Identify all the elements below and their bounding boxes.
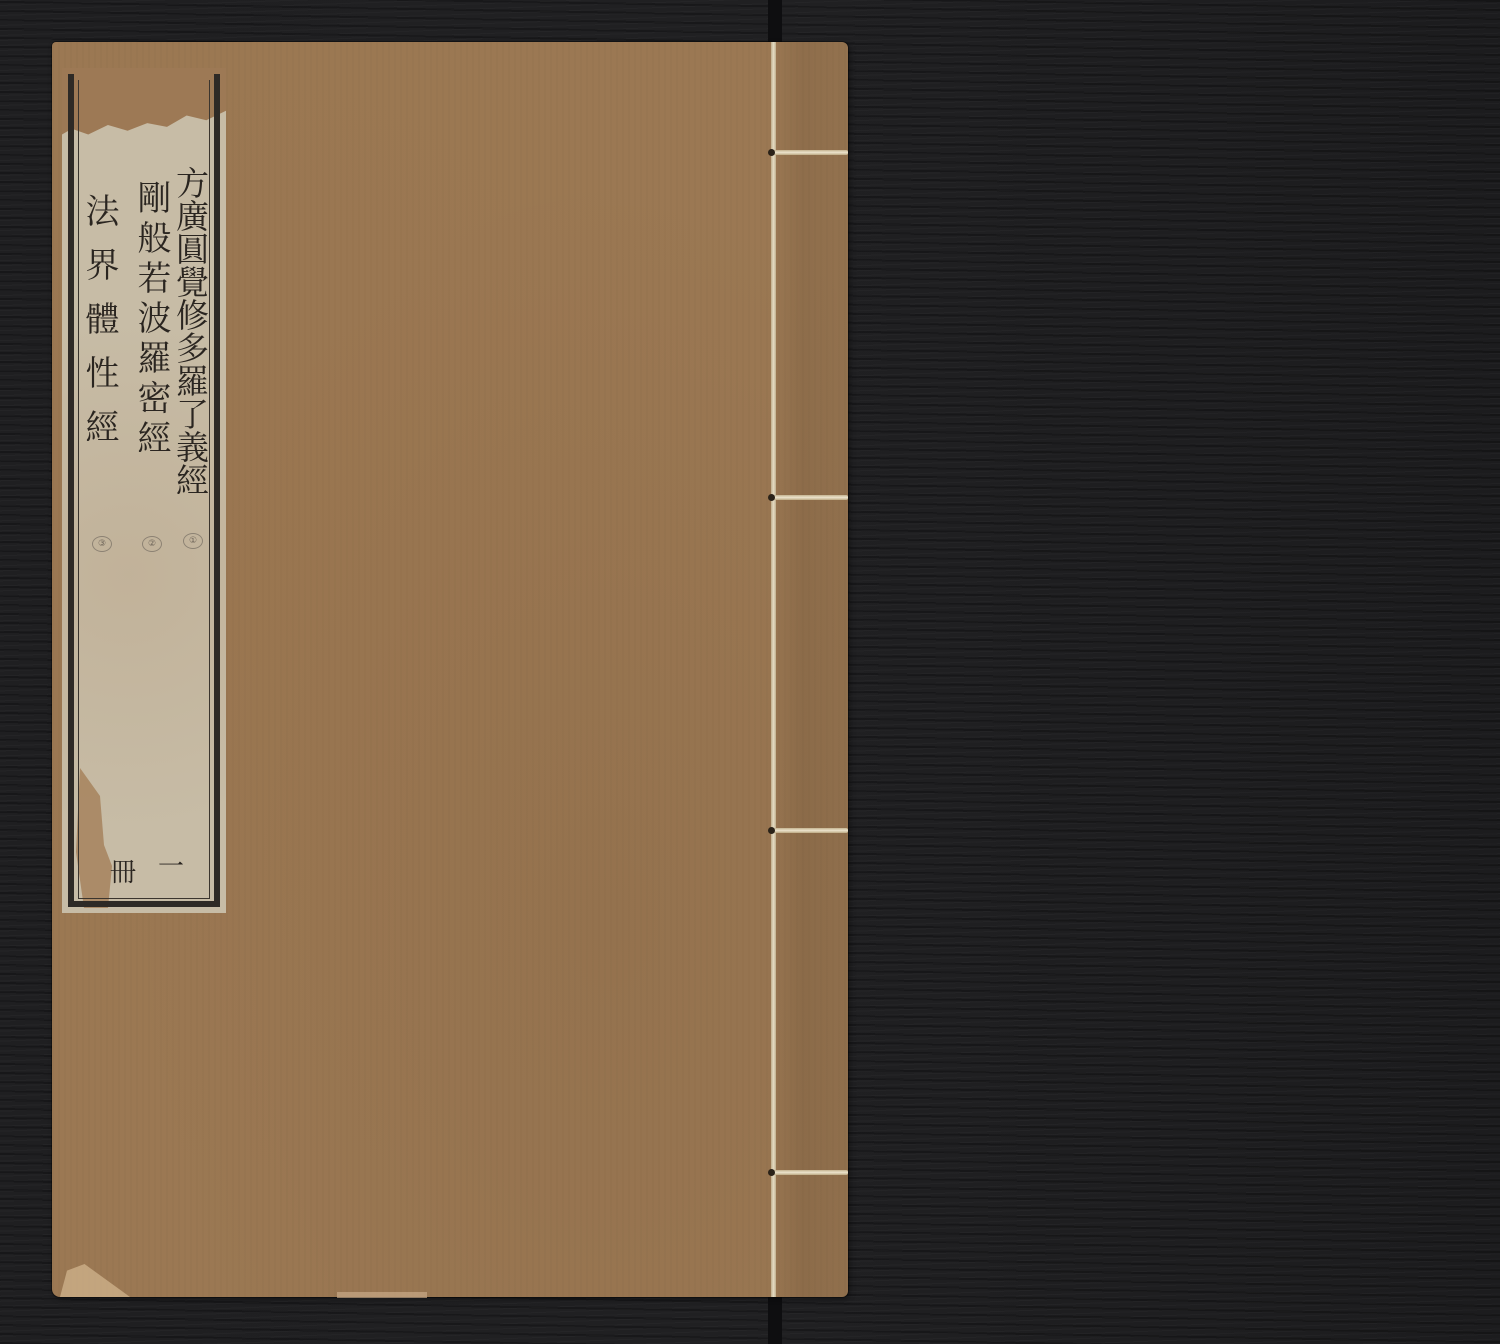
binding-stitch-3 (771, 828, 848, 833)
stitch-hole-1 (768, 149, 775, 156)
index-mark-2: ② (142, 536, 162, 552)
edge-wear (337, 1292, 427, 1298)
binding-stitch-2 (771, 495, 848, 500)
index-mark-3: ③ (92, 536, 112, 552)
stitch-hole-3 (768, 827, 775, 834)
title-column-3: 法界體性經 (82, 193, 116, 463)
title-column-1: 方廣圓覺修多羅了義經 (174, 166, 207, 496)
index-mark-1: ① (183, 533, 203, 549)
binding-stitch-1 (771, 150, 848, 155)
volume-number: 一 (158, 854, 184, 880)
binding-stitch-4 (771, 1170, 848, 1175)
binding-thread-vertical (771, 42, 776, 1297)
corner-wear (60, 1264, 130, 1297)
wood-seam-bottom (768, 1297, 782, 1344)
spine-area (772, 42, 848, 1297)
title-column-2: 剛般若波羅密經 (134, 180, 168, 460)
volume-char: 冊 (110, 860, 136, 886)
stitch-hole-2 (768, 494, 775, 501)
stitch-hole-4 (768, 1169, 775, 1176)
book-cover: 方廣圓覺修多羅了義經 ① 剛般若波羅密經 ② 法界體性經 ③ 冊 一 (52, 42, 848, 1297)
title-label: 方廣圓覺修多羅了義經 ① 剛般若波羅密經 ② 法界體性經 ③ 冊 一 (62, 68, 226, 913)
wood-seam-top (768, 0, 782, 42)
